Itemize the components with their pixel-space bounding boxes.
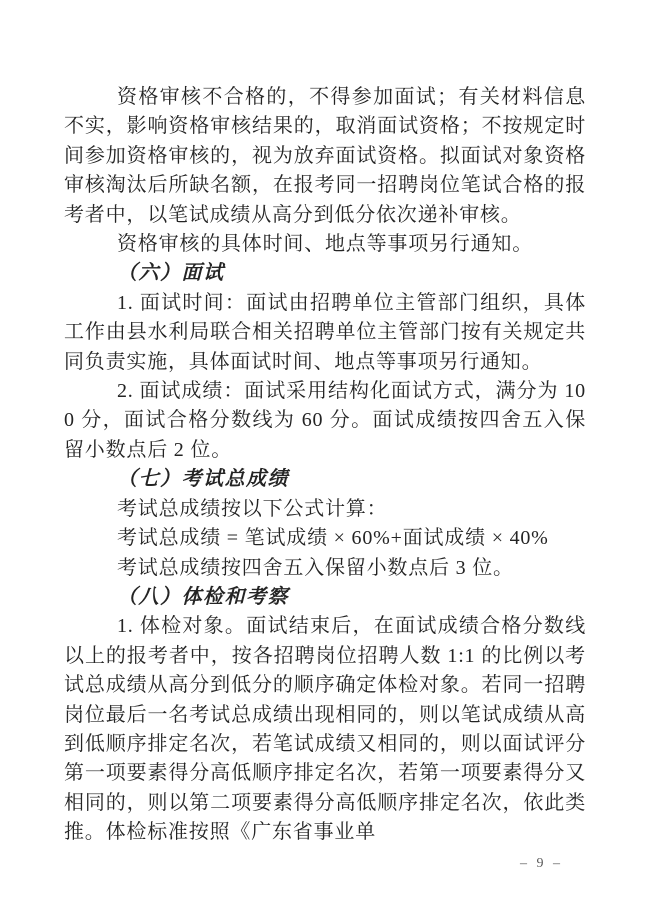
paragraph: 考试总成绩按四舍五入保留小数点后 3 位。 [64,554,586,583]
page-number: – 9 – [520,856,563,872]
paragraph: 资格审核不合格的，不得参加面试；有关材料信息不实，影响资格审核结果的，取消面试资… [64,83,586,230]
section-heading-6: （六）面试 [64,259,586,288]
document-body: 资格审核不合格的，不得参加面试；有关材料信息不实，影响资格审核结果的，取消面试资… [64,83,586,848]
paragraph: 1. 体检对象。面试结束后，在面试成绩合格分数线以上的报考者中，按各招聘岗位招聘… [64,612,586,847]
paragraph: 资格审核的具体时间、地点等事项另行通知。 [64,230,586,259]
paragraph: 1. 面试时间：面试由招聘单位主管部门组织，具体工作由县水利局联合相关招聘单位主… [64,289,586,377]
section-heading-8: （八）体检和考察 [64,583,586,612]
paragraph: 2. 面试成绩：面试采用结构化面试方式，满分为 100 分，面试合格分数线为 6… [64,377,586,465]
document-page: 资格审核不合格的，不得参加面试；有关材料信息不实，影响资格审核结果的，取消面试资… [0,0,650,919]
paragraph: 考试总成绩按以下公式计算： [64,495,586,524]
formula-line: 考试总成绩 = 笔试成绩 × 60%+面试成绩 × 40% [64,524,586,553]
section-heading-7: （七）考试总成绩 [64,465,586,494]
